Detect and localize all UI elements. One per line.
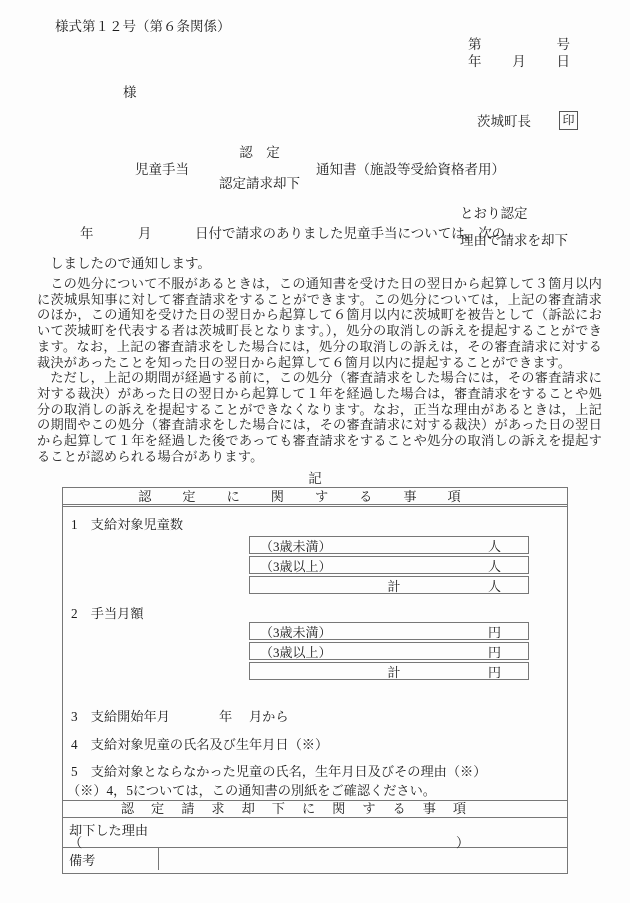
issuer-name: 茨城町長	[477, 110, 531, 130]
appeal-notice: この処分について不服があるときは，この通知書を受けた日の翌日から起算して３箇月以…	[37, 276, 602, 464]
row-label: （3歳以上）	[260, 556, 332, 575]
item1-label: 1 支給対象児童数	[71, 514, 567, 531]
title-option-stack: 認 定 認定請求却下	[219, 146, 300, 191]
appeal-paragraph-2: ただし，上記の期間が経過する前に，この処分（審査請求をした場合には，その審査請求…	[37, 370, 602, 464]
document-number-line: 第 号	[468, 33, 570, 50]
intro-closing: しましたので通知します。	[50, 252, 211, 272]
row-label: 計	[260, 576, 488, 595]
table-row: （3歳未満） 人	[249, 536, 529, 554]
remarks-label: 備考	[63, 848, 159, 870]
intro-year-label: 年	[80, 222, 94, 242]
table-row: （3歳未満） 円	[249, 622, 529, 640]
row-unit: 人	[488, 536, 501, 555]
row-unit: 円	[488, 662, 501, 681]
rejection-paren-open: （	[69, 832, 82, 851]
addressee-line: 様	[123, 81, 137, 101]
date-month-label: 月	[512, 50, 526, 67]
item2-label: 2 手当月額	[71, 603, 567, 620]
seal-box: 印	[559, 111, 578, 130]
record-marker: 記	[0, 467, 630, 487]
table-row-total: 計 円	[249, 662, 529, 680]
appeal-paragraph-1: この処分について不服があるときは，この通知書を受けた日の翌日から起算して３箇月以…	[37, 276, 602, 370]
remarks-row: 備考	[63, 848, 567, 870]
table-row: （3歳以上） 円	[249, 642, 529, 660]
intro-sentence: 年 月 日付で請求のありました児童手当については，次の とおり認定 理由で請求を…	[50, 198, 610, 270]
rejection-reason-label: 却下した理由	[69, 820, 567, 839]
doc-number-suffix: 号	[557, 33, 571, 50]
row-label: （3歳未満）	[260, 622, 332, 641]
row-unit: 人	[488, 556, 501, 575]
intro-option-approval: とおり認定	[460, 202, 528, 222]
title-option-approval: 認 定	[239, 146, 280, 160]
attachment-note: （※）4，5については，この通知書の別紙をご確認ください。	[67, 784, 567, 798]
date-year-label: 年	[468, 50, 482, 67]
date-line: 年 月 日	[468, 50, 570, 67]
intro-month-label: 月	[138, 222, 152, 242]
addressee-suffix: 様	[123, 85, 137, 100]
item5-label: 5 支給対象とならなかった児童の氏名，生年月日及びその理由（※）	[71, 761, 567, 778]
section1-body: 1 支給対象児童数 （3歳未満） 人 （3歳以上） 人 計 人 2 手当月額	[63, 507, 567, 800]
item3-from-label: 月から	[249, 706, 289, 725]
title-option-rejection: 認定請求却下	[219, 177, 300, 191]
row-label: 計	[260, 662, 488, 681]
row-unit: 人	[488, 576, 501, 595]
item4-label: 4 支給対象児童の氏名及び生年月日（※）	[71, 734, 567, 751]
children-count-table: （3歳未満） 人 （3歳以上） 人 計 人	[249, 536, 529, 594]
document-title: 児童手当 認 定 認定請求却下 通知書（施設等受給資格者用）	[135, 144, 505, 192]
date-day-label: 日	[557, 50, 571, 67]
section2-header: 認定請求却下に関する事項	[63, 800, 567, 818]
determination-table: 認定に関する事項 1 支給対象児童数 （3歳未満） 人 （3歳以上） 人 計 人…	[62, 487, 568, 874]
row-unit: 円	[488, 622, 501, 641]
form-number: 様式第１２号（第６条関係）	[55, 15, 231, 35]
title-prefix: 児童手当	[135, 158, 189, 178]
doc-number-prefix: 第	[468, 33, 482, 50]
intro-body: 日付で請求のありました児童手当については，次の	[195, 222, 505, 242]
document-page: 様式第１２号（第６条関係） 第 号 年 月 日 様 茨城町長 印 児童手当 認 …	[0, 0, 630, 903]
table-row: （3歳以上） 人	[249, 556, 529, 574]
item3-label: 3 支給開始年月	[71, 706, 170, 725]
section1-header: 認定に関する事項	[63, 488, 567, 507]
table-row-total: 計 人	[249, 576, 529, 594]
remarks-value	[159, 848, 567, 870]
payment-start-line: 3 支給開始年月 年 月から	[63, 706, 567, 723]
document-number-block: 第 号 年 月 日	[468, 33, 570, 67]
issuer-line: 茨城町長 印	[477, 110, 578, 130]
title-suffix: 通知書（施設等受給資格者用）	[316, 158, 505, 178]
intro-option-rejection: 理由で請求を却下	[460, 229, 568, 249]
row-unit: 円	[488, 642, 501, 661]
rejection-paren-close: ）	[456, 832, 469, 851]
row-label: （3歳以上）	[260, 642, 332, 661]
rejection-reason-row: 却下した理由 （ ）	[63, 818, 567, 848]
monthly-amount-table: （3歳未満） 円 （3歳以上） 円 計 円	[249, 622, 529, 680]
item3-year-label: 年	[219, 706, 232, 725]
row-label: （3歳未満）	[260, 536, 332, 555]
